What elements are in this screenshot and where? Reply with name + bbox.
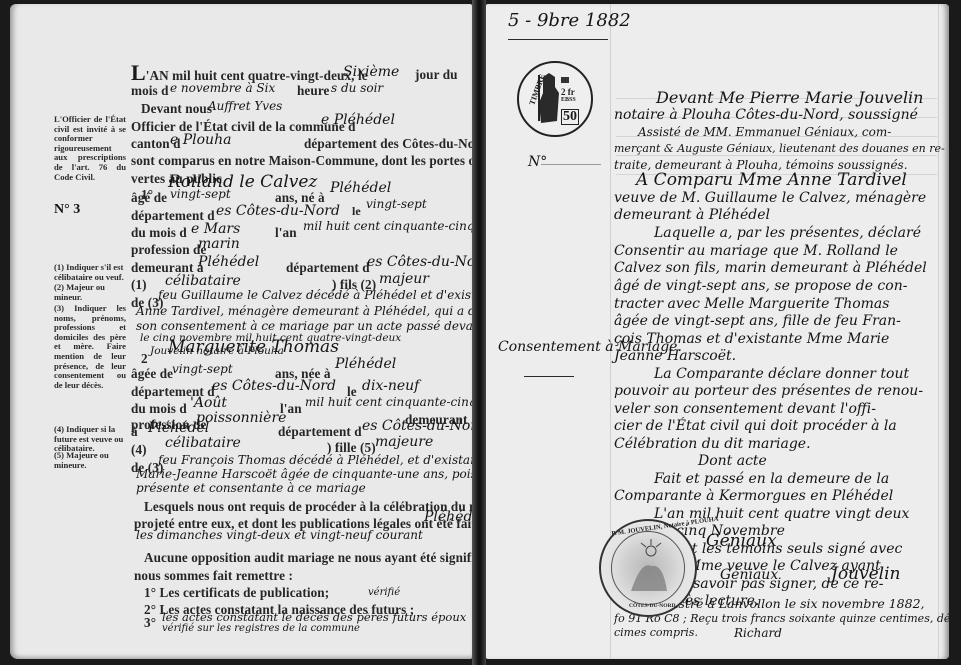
day-handwritten: Sixième (343, 64, 399, 80)
margin-note-underline (524, 376, 574, 377)
date-header: 5 - 9bre 1882 (508, 10, 631, 31)
notary-seal: P. M. JOUVELIN, Notaire à PLOUHA CÔTES-D… (599, 519, 697, 617)
heure-label: heure (297, 83, 330, 99)
stamp-figure-icon (519, 63, 591, 135)
officer-name-handwritten: Auffret Yves (208, 99, 282, 113)
body-line: pouvoir au porteur des présentes de reno… (614, 383, 923, 399)
body-line: Jeanne Harscoët. (614, 348, 736, 364)
bride-birth-month: 'Août (190, 395, 227, 411)
number-label: N° (528, 154, 547, 170)
seal-emblem-icon (601, 521, 695, 615)
body-line: La Comparante déclare donner tout (654, 366, 909, 382)
book-gutter (472, 0, 486, 665)
body-line: Comparante à Kermorgues en Pléhédel (614, 488, 893, 504)
body-line: demeurant à Pléhédel (614, 207, 770, 223)
month-handwritten: e novembre à Six (170, 81, 275, 95)
publication-place: Pléhédel (424, 509, 472, 525)
body-line: tracter avec Melle Marguerite Thomas (614, 296, 889, 312)
bride-domicile-dept: es Côtes-du-Nord (362, 418, 472, 434)
body-line: Laquelle a, par les présentes, déclaré (654, 225, 921, 241)
body-line: çois Thomas et d'existante Mme Marie (614, 331, 889, 347)
departement-label: département des Côtes-du-Nord, (304, 136, 472, 152)
body-line: cier de l'État civil qui doit procéder à… (614, 418, 897, 434)
bride-domicile-dept-label: département d (278, 424, 362, 440)
groom-birth-year: mil huit cent cinquante-cinq (303, 219, 472, 233)
groom-status: célibataire (165, 273, 241, 289)
bride-number: 2 (141, 351, 148, 367)
bride-age-label: âgée de (131, 366, 173, 382)
registration-signature: Richard (734, 626, 782, 640)
stamp-value-top-sub: EBSS (561, 97, 576, 103)
body-line: Calvez son fils, marin demeurant à Pléhé… (614, 260, 927, 276)
body-line: Devant Me Pierre Marie Jouvelin (656, 88, 923, 107)
body-line: notaire à Plouha Côtes-du-Nord, soussign… (614, 107, 918, 123)
body-line: Dont acte (698, 453, 767, 469)
body-line: Célébration du dit mariage. (614, 436, 811, 452)
bride-status-open: (4) (131, 442, 147, 458)
jour-du-label: jour du (415, 67, 458, 83)
bride-status: célibataire (165, 435, 241, 451)
bride-month-label: du mois d (131, 401, 187, 417)
margin-note-3: (3) Indiquer les noms, prénoms, professi… (54, 304, 126, 390)
body-line: âgée de vingt-sept ans, fille de feu Fra… (614, 313, 901, 329)
margin-note-2: (2) Majeur ou mineur. (54, 283, 126, 302)
bride-profession: poissonnière (196, 410, 286, 426)
comparus-line-1: sont comparus en notre Maison-Commune, d… (131, 153, 472, 169)
date-underline (508, 39, 608, 40)
groom-birthplace: Pléhédel (330, 180, 391, 196)
groom-profession: marin (198, 236, 240, 252)
groom-domicile-dept: es Côtes-du-Nord (367, 254, 472, 270)
item-3-line-1: les actes constatant le décès des pères … (162, 610, 466, 624)
register-left-page: L'Officier de l'État civil est invité à … (10, 4, 472, 659)
groom-age-label: âgé de (131, 190, 167, 206)
lesquels-line-1: Lesquels nous ont requis de procéder à l… (144, 499, 472, 515)
publication-dates: les dimanches vingt-deux et vingt-neuf c… (136, 528, 423, 542)
groom-birth-dept: es Côtes-du-Nord (216, 203, 340, 219)
signature-geniaux-2: Géniaux (720, 567, 778, 583)
tax-stamp: TIMBRE 2 fr EBSS 50 (517, 61, 593, 137)
body-line: merçant & Auguste Géniaux, lieutenant de… (614, 142, 945, 155)
body-line: Consentir au mariage que M. Rolland le (614, 243, 898, 259)
groom-domicile-dept-label: département d (286, 260, 370, 276)
item-3-line-2: vérifié sur les registres de la commune (162, 623, 360, 634)
bride-a-label: à (131, 424, 138, 440)
bride-parents-line-2: Marie-Jeanne Harscoët âgée de cinquante-… (136, 467, 472, 481)
act-number: N° 3 (54, 202, 80, 218)
commune-handwritten: e Pléhédel (321, 112, 395, 128)
groom-birth-day: vingt-sept (366, 197, 427, 211)
groom-month-label: du mois d (131, 225, 187, 241)
bride-birth-day: dix-neuf (362, 378, 419, 394)
signature-jouvelin: Jouvelin (831, 564, 901, 584)
groom-majority: majeur (379, 271, 429, 287)
bride-age: vingt-sept (172, 362, 233, 376)
canton-handwritten: e Plouha (170, 132, 231, 148)
body-line: Fait et passé en la demeure de la (654, 471, 889, 487)
groom-status-open: (1) (131, 277, 147, 293)
groom-parents-line-3: son consentement à ce mariage par un act… (136, 319, 472, 333)
groom-le-label: le (352, 204, 361, 219)
number-underline (541, 164, 601, 165)
bride-majority: majeure (375, 434, 433, 450)
aucune-opposition-line-1: Aucune opposition audit mariage ne nous … (144, 550, 472, 566)
body-line: Assisté de MM. Emmanuel Géniaux, com- (638, 125, 891, 139)
margin-note-5: (5) Majeure ou mineure. (54, 451, 126, 470)
aucune-opposition-line-2: nous sommes fait remettre : (134, 568, 293, 584)
body-line: âgé de vingt-sept ans, se propose de con… (614, 278, 907, 294)
bride-parents-line-1: feu François Thomas décédé à Pléhédel, e… (158, 453, 472, 467)
mois-label: mois d (131, 83, 169, 99)
bride-parents-line-3: présente et consentante à ce mariage (136, 481, 366, 495)
body-line: veuve de M. Guillaume le Calvez, ménagèr… (614, 190, 926, 206)
time-handwritten: s du soir (331, 81, 383, 95)
body-line: veler son consentement devant l'offi- (614, 401, 876, 417)
registration-line-3: cimes compris. (614, 626, 698, 639)
groom-age: vingt-sept (170, 187, 231, 201)
margin-note-officer: L'Officier de l'État civil est invité à … (54, 115, 126, 182)
groom-birth-month: e Mars (191, 221, 240, 237)
signature-geniaux-1: Géniaux (706, 531, 777, 551)
body-line: A Comparu Mme Anne Tardivel (636, 170, 907, 190)
right-margin-rule (938, 4, 939, 659)
seal-bottom-text: CÔTES-DU-NORD (629, 603, 675, 609)
stamp-value-bottom: 50 (561, 109, 579, 125)
margin-note-1: (1) Indiquer s'il est célibataire ou veu… (54, 263, 126, 282)
devant-nous-label: Devant nous (141, 101, 212, 117)
groom-profession-label: profession de (131, 242, 206, 258)
groom-parents-line-2: Anne Tardivel, ménagère demeurant à Pléh… (136, 304, 472, 318)
item-3-number: 3° (144, 615, 156, 631)
bride-domicile: Pléhédel (148, 420, 209, 436)
ruled-line (616, 155, 937, 156)
bride-name: Marguerite Thomas (168, 337, 339, 357)
stamp-value-top: 2 fr (561, 87, 575, 97)
bride-birth-dept: es Côtes-du-Nord (212, 378, 336, 394)
item-1-certificats: 1° Les certificats de publication; (144, 585, 329, 601)
groom-an-label: l'an (275, 225, 297, 241)
bride-birthplace: Pléhédel (335, 356, 396, 372)
groom-parents-line-1: feu Guillaume le Calvez décédé à Pléhéde… (158, 288, 472, 302)
bride-birth-year: mil huit cent cinquante-cinq (305, 395, 472, 409)
item-2-verified: vérifié (368, 587, 400, 598)
groom-domicile: Pléhédel (198, 254, 259, 270)
